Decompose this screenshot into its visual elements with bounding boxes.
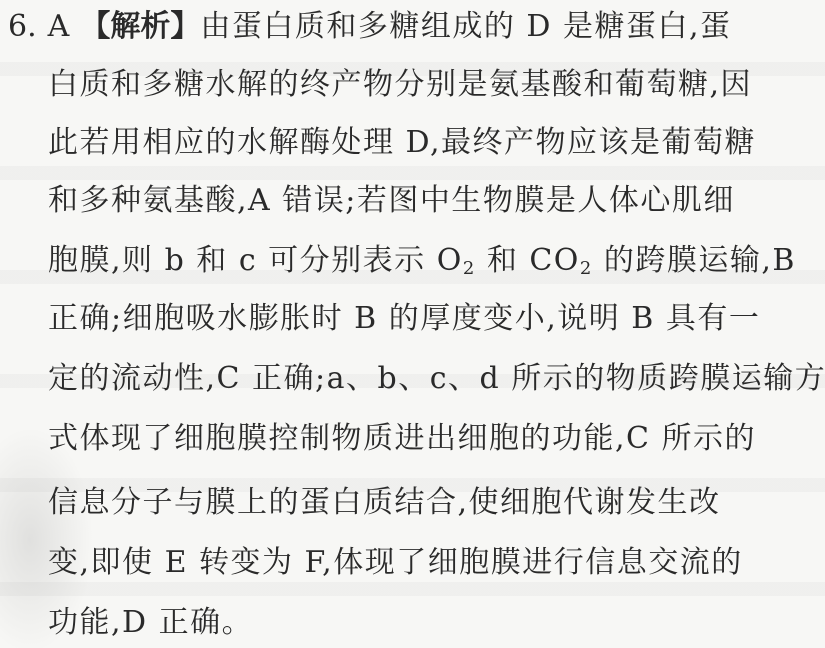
line-7: 定的流动性,C 正确;a、b、c、d 所示的物质跨膜运输方 (48, 362, 825, 396)
line-6: 正确;细胞吸水膨胀时 B 的厚度变小,说明 B 具有一 (48, 302, 760, 336)
line-5-part1: 胞膜,则 b 和 c 可分别表示 O (48, 243, 463, 278)
analysis-tag: 【解析】 (80, 9, 200, 44)
subscript-2: 2 (580, 258, 593, 279)
subscript-2: 2 (463, 258, 476, 279)
line-1: 6. A 【解析】由蛋白质和多糖组成的 D 是糖蛋白,蛋 (8, 10, 732, 44)
line-text: 由蛋白质和多糖组成的 D 是糖蛋白,蛋 (200, 9, 731, 44)
question-number: 6. (8, 9, 37, 44)
line-4: 和多种氨基酸,A 错误;若图中生物膜是人体心肌细 (48, 184, 735, 218)
line-11: 功能,D 正确。 (48, 606, 253, 640)
line-5-part2: 和 CO (476, 243, 580, 278)
line-5: 胞膜,则 b 和 c 可分别表示 O2 和 CO2 的跨膜运输,B (48, 244, 796, 286)
line-9: 信息分子与膜上的蛋白质结合,使细胞代谢发生改 (48, 486, 721, 520)
line-8: 式体现了细胞膜控制物质进出细胞的功能,C 所示的 (48, 422, 756, 456)
line-10: 变,即使 E 转变为 F,体现了细胞膜进行信息交流的 (48, 546, 743, 580)
line-2: 白质和多糖水解的终产物分别是氨基酸和葡萄糖,因 (48, 68, 752, 102)
line-3: 此若用相应的水解酶处理 D,最终产物应该是葡萄糖 (48, 126, 756, 160)
answer-choice: A (48, 9, 70, 44)
line-5-part3: 的跨膜运输,B (593, 243, 796, 278)
